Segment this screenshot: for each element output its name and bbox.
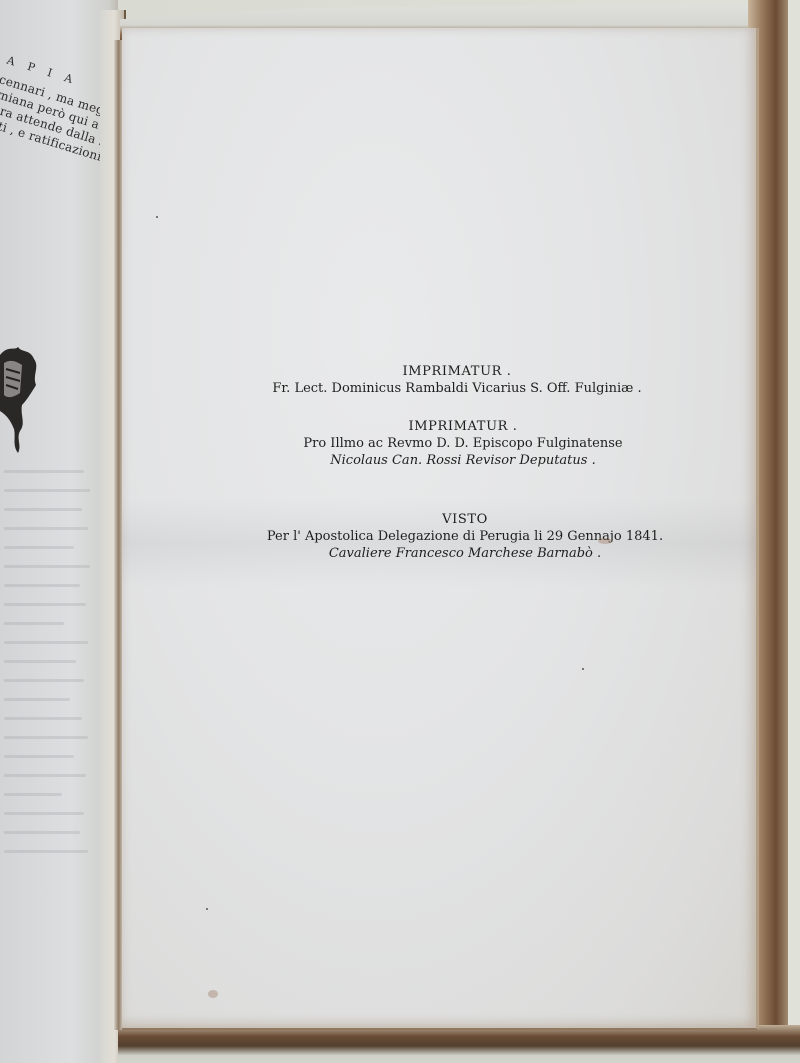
section-line: Pro Illmo ac Revmo D. D. Episcopo Fulgin… [146, 435, 780, 452]
section-heading: IMPRIMATUR . [140, 364, 774, 380]
paper-speck [582, 668, 584, 670]
section-line: Per l' Apostolica Delegazione di Perugia… [148, 528, 782, 545]
right-page: IMPRIMATUR . Fr. Lect. Dominicus Rambald… [122, 28, 759, 1030]
section-line-italic: Nicolaus Can. Rossi Revisor Deputatus . [146, 452, 780, 469]
imprimatur-section-1: IMPRIMATUR . Fr. Lect. Dominicus Rambald… [140, 364, 774, 397]
paper-speck [156, 216, 158, 218]
left-page-faded-text [4, 470, 90, 890]
visto-section: VISTO Per l' Apostolica Delegazione di P… [148, 512, 782, 562]
section-line-italic: Cavaliere Francesco Marchese Barnabò . [148, 545, 782, 562]
foxing-stain [598, 538, 612, 544]
foxing-stain [208, 990, 218, 998]
paper-speck [206, 908, 208, 910]
section-line: Fr. Lect. Dominicus Rambaldi Vicarius S.… [140, 380, 774, 397]
imprimatur-section-2: IMPRIMATUR . Pro Illmo ac Revmo D. D. Ep… [146, 419, 780, 469]
section-heading: VISTO [148, 512, 782, 528]
section-heading: IMPRIMATUR . [146, 419, 780, 435]
cover-bottom-edge [118, 1025, 800, 1063]
coat-of-arms-icon [0, 345, 40, 455]
